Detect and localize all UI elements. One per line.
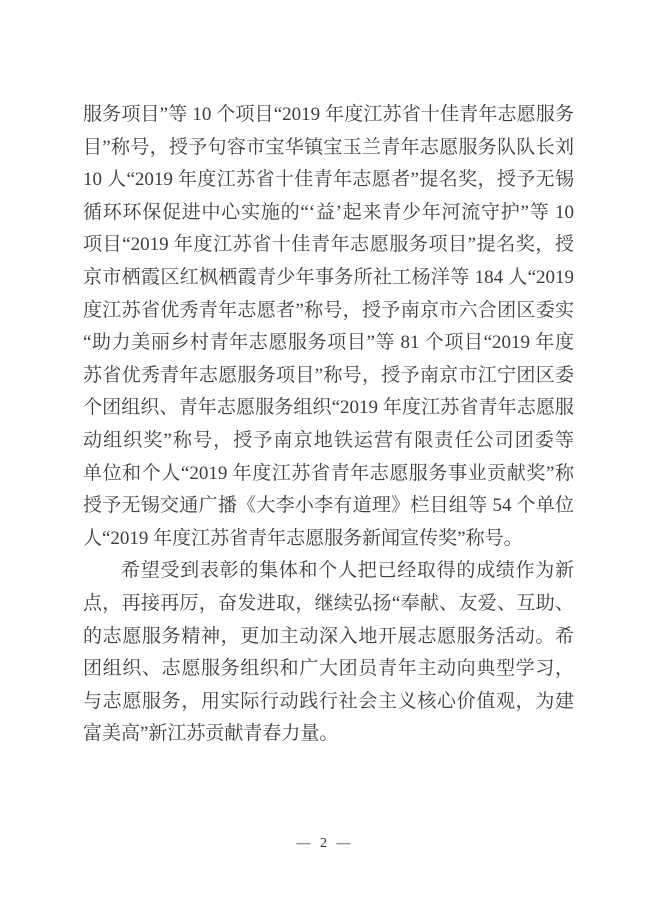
text-line: 服务项目”等 10 个项目“2019 年度江苏省十佳青年志愿服务项	[83, 99, 574, 132]
text-line: 个团组织、青年志愿服务组织“2019 年度江苏省青年志愿服务行	[83, 392, 574, 425]
text-line: 授予无锡交通广播《大李小李有道理》栏目组等 54 个单位和个	[83, 490, 574, 523]
page-number: — 2 —	[0, 836, 650, 852]
text-line: 动组织奖”称号，授予南京地铁运营有限责任公司团委等 102 个	[83, 425, 574, 458]
text-line: 的志愿服务精神，更加主动深入地开展志愿服务活动。希望各级	[83, 621, 574, 654]
text-line: 希望受到表彰的集体和个人把已经取得的成绩作为新的起	[83, 555, 574, 588]
text-line: 与志愿服务，用实际行动践行社会主义核心价值观，为建设“强	[83, 686, 574, 719]
text-line: 人“2019 年度江苏省青年志愿服务新闻宣传奖”称号。	[83, 523, 574, 556]
text-line: 10 人“2019 年度江苏省十佳青年志愿者”提名奖，授予无锡绿	[83, 164, 574, 197]
text-line: 循环环保促进中心实施的“‘益’起来青少年河流守护”等 10 个	[83, 197, 574, 230]
text-line: 苏省优秀青年志愿服务项目”称号，授予南京市江宁团区委等 99	[83, 360, 574, 393]
text-line: 度江苏省优秀青年志愿者”称号，授予南京市六合团区委实施的	[83, 295, 574, 328]
paragraph-hope: 希望受到表彰的集体和个人把已经取得的成绩作为新的起 点，再接再厉，奋发进取，继续…	[83, 555, 574, 751]
text-line: 富美高”新江苏贡献青春力量。	[83, 718, 574, 751]
text-line: 京市栖霞区红枫栖霞青少年事务所社工杨洋等 184 人“2019 年	[83, 262, 574, 295]
paragraph-awards: 服务项目”等 10 个项目“2019 年度江苏省十佳青年志愿服务项 目”称号，授…	[83, 99, 574, 555]
body-text: 服务项目”等 10 个项目“2019 年度江苏省十佳青年志愿服务项 目”称号，授…	[83, 99, 574, 751]
text-line: 团组织、志愿服务组织和广大团员青年主动向典型学习，积极参	[83, 653, 574, 686]
text-line: “助力美丽乡村青年志愿服务项目”等 81 个项目“2019 年度江	[83, 327, 574, 360]
document-page: 服务项目”等 10 个项目“2019 年度江苏省十佳青年志愿服务项 目”称号，授…	[0, 0, 650, 919]
text-line: 单位和个人“2019 年度江苏省青年志愿服务事业贡献奖”称号，	[83, 458, 574, 491]
text-line: 项目“2019 年度江苏省十佳青年志愿服务项目”提名奖，授予南	[83, 229, 574, 262]
text-line: 点，再接再厉，奋发进取，继续弘扬“奉献、友爱、互助、进步”	[83, 588, 574, 621]
text-line: 目”称号，授予句容市宝华镇宝玉兰青年志愿服务队队长刘亚等	[83, 132, 574, 165]
